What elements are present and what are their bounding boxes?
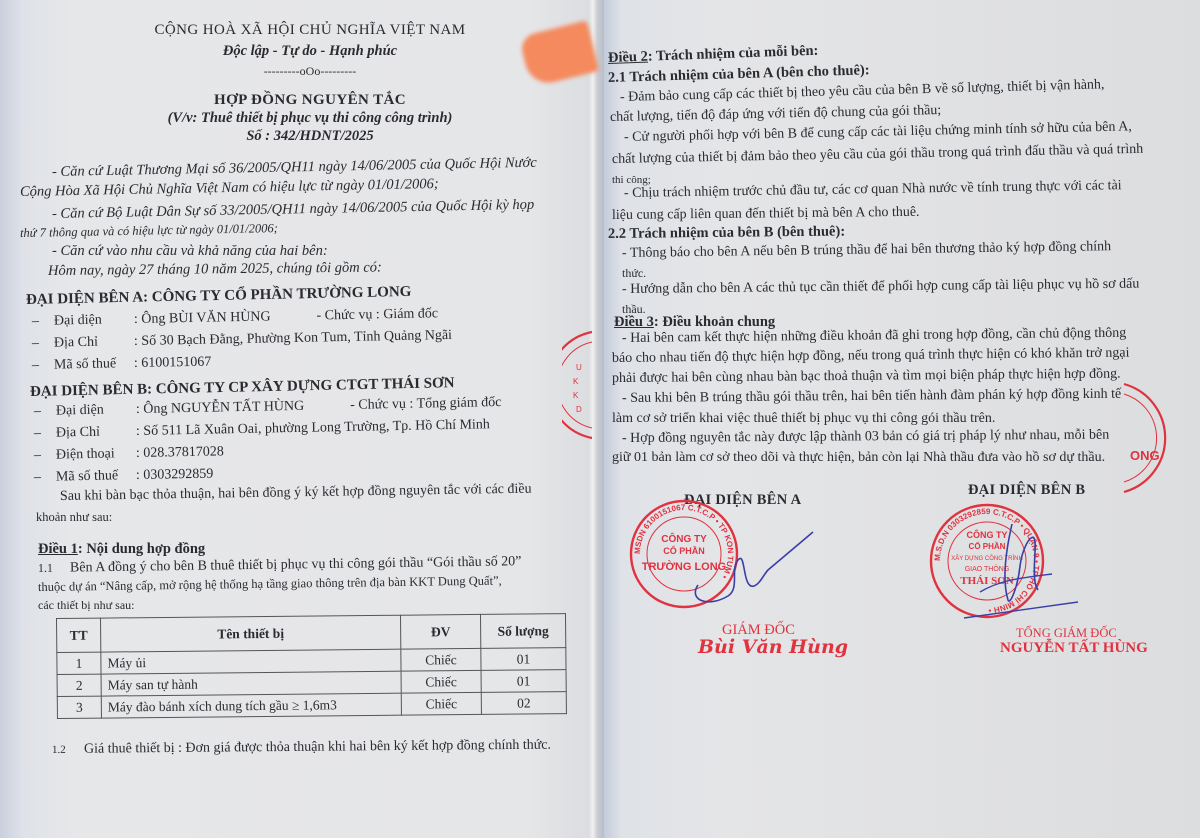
article-3-para-3: - Hợp đồng nguyên tắc này được lập thành… <box>622 428 1109 447</box>
signature-b-title: TỔNG GIÁM ĐỐC <box>1016 626 1117 641</box>
national-motto: Độc lập - Tự do - Hạnh phúc <box>110 43 510 60</box>
equipment-tt: 2 <box>57 674 101 696</box>
field-value: : 6100151067 <box>134 355 212 372</box>
equipment-name: Máy đào bánh xích dung tích gầu ≥ 1,6m3 <box>101 693 401 718</box>
equipment-qty: 01 <box>481 648 566 671</box>
page-gutter <box>588 0 604 838</box>
contract-title: HỢP ĐỒNG NGUYÊN TẮC <box>110 92 510 109</box>
equipment-name: Máy san tự hành <box>101 671 401 696</box>
signature-a-heading: ĐẠI DIỆN BÊN A <box>684 492 801 509</box>
article-1-heading: Điều 1: Nội dung hợp đồng <box>38 541 205 558</box>
signature-b-name: NGUYỄN TẤT HÙNG <box>1000 640 1148 657</box>
equipment-qty: 01 <box>481 670 566 693</box>
bullet-dash: – <box>34 448 56 464</box>
article-3-para-2-cont: làm cơ sở triển khai việc thuê thiết bị … <box>612 411 995 427</box>
field-label: Đại diện <box>56 402 136 420</box>
clause-1-1-cont2: các thiết bị như sau: <box>38 598 134 613</box>
field-label: Địa Chỉ <box>56 424 136 442</box>
col-tt: TT <box>57 618 101 652</box>
col-unit: ĐV <box>400 614 480 649</box>
field-value: : Ông NGUYỄN TẤT HÙNG <box>136 399 305 418</box>
signature-a-name: Bùi Văn Hùng <box>698 636 848 658</box>
equipment-table-header: TT Tên thiết bị ĐV Số lượng <box>57 614 566 653</box>
equipment-qty: 02 <box>481 692 566 715</box>
field-label: Địa Chỉ <box>54 334 134 352</box>
bullet-dash: – <box>32 336 54 352</box>
field-label: Mã số thuế <box>54 356 134 374</box>
field-label: Mã số thuế <box>56 468 136 486</box>
col-equipment-name: Tên thiết bị <box>101 615 401 652</box>
article-3-title: : Điều khoản chung <box>654 314 775 330</box>
header-separator: ---------oOo--------- <box>110 64 510 79</box>
legal-basis-3: - Căn cứ vào nhu cầu và khả năng của hai… <box>52 243 328 260</box>
bullet-dash: – <box>34 470 56 486</box>
article-2-label: Điều 2 <box>608 49 648 66</box>
field-value: : 0303292859 <box>136 467 214 484</box>
bullet-dash: – <box>34 426 56 442</box>
field-value: : Ông BÙI VĂN HÙNG <box>134 309 271 328</box>
field-extra: - Chức vụ : Giám đốc <box>316 306 438 324</box>
contract-date-line: Hôm nay, ngày 27 tháng 10 năm 2025, chún… <box>48 260 382 280</box>
equipment-tt: 3 <box>57 696 101 718</box>
article-3-heading: Điều 3: Điều khoản chung <box>614 314 775 331</box>
clause-2-2-item-1-cont: thức. <box>622 266 646 281</box>
clause-1-2-number: 1.2 <box>52 744 84 756</box>
article-3-para-3-cont: giữ 01 bản làm cơ sở theo dõi và thực hi… <box>612 450 1105 466</box>
equipment-tt: 1 <box>57 652 101 674</box>
clause-2-1-item-2-cont2: thi công; <box>612 174 651 186</box>
article-3-label: Điều 3 <box>614 314 654 330</box>
col-quantity: Số lượng <box>480 614 565 649</box>
bullet-dash: – <box>32 314 54 330</box>
equipment-row: 3Máy đào bánh xích dung tích gầu ≥ 1,6m3… <box>57 692 566 719</box>
field-label: Đại diện <box>54 312 134 330</box>
contract-number: Số : 342/HDNT/2025 <box>110 128 510 145</box>
field-value: : 028.37817028 <box>136 444 224 462</box>
clause-2-2-heading: 2.2 Trách nhiệm của bên B (bên thuê): <box>608 224 845 243</box>
signature-b-heading: ĐẠI DIỆN BÊN B <box>968 482 1085 499</box>
bullet-dash: – <box>34 404 56 420</box>
bullet-dash: – <box>32 358 54 374</box>
national-title: CỘNG HOÀ XÃ HỘI CHỦ NGHĨA VIỆT NAM <box>110 22 510 39</box>
clause-1-2-text: Giá thuê thiết bị : Đơn giá được thỏa th… <box>84 738 551 757</box>
clause-1-1-number: 1.1 <box>38 561 70 576</box>
contract-subject: (V/v: Thuê thiết bị phục vụ thi công côn… <box>110 110 510 127</box>
equipment-unit: Chiếc <box>401 692 481 715</box>
agreement-line-cont: khoản như sau: <box>36 510 112 525</box>
field-extra: - Chức vụ : Tổng giám đốc <box>350 395 501 414</box>
article-1-label: Điều 1 <box>38 541 78 557</box>
equipment-name: Máy ủi <box>101 649 401 674</box>
clause-2-1-item-3-cont: liệu cung cấp liên quan đến thiết bị mà … <box>612 205 920 224</box>
article-1-title: : Nội dung hợp đồng <box>78 541 205 557</box>
equipment-unit: Chiếc <box>401 648 481 671</box>
equipment-table: TT Tên thiết bị ĐV Số lượng 1Máy ủiChiếc… <box>56 613 567 719</box>
field-label: Điện thoại <box>56 446 136 464</box>
equipment-unit: Chiếc <box>401 670 481 693</box>
